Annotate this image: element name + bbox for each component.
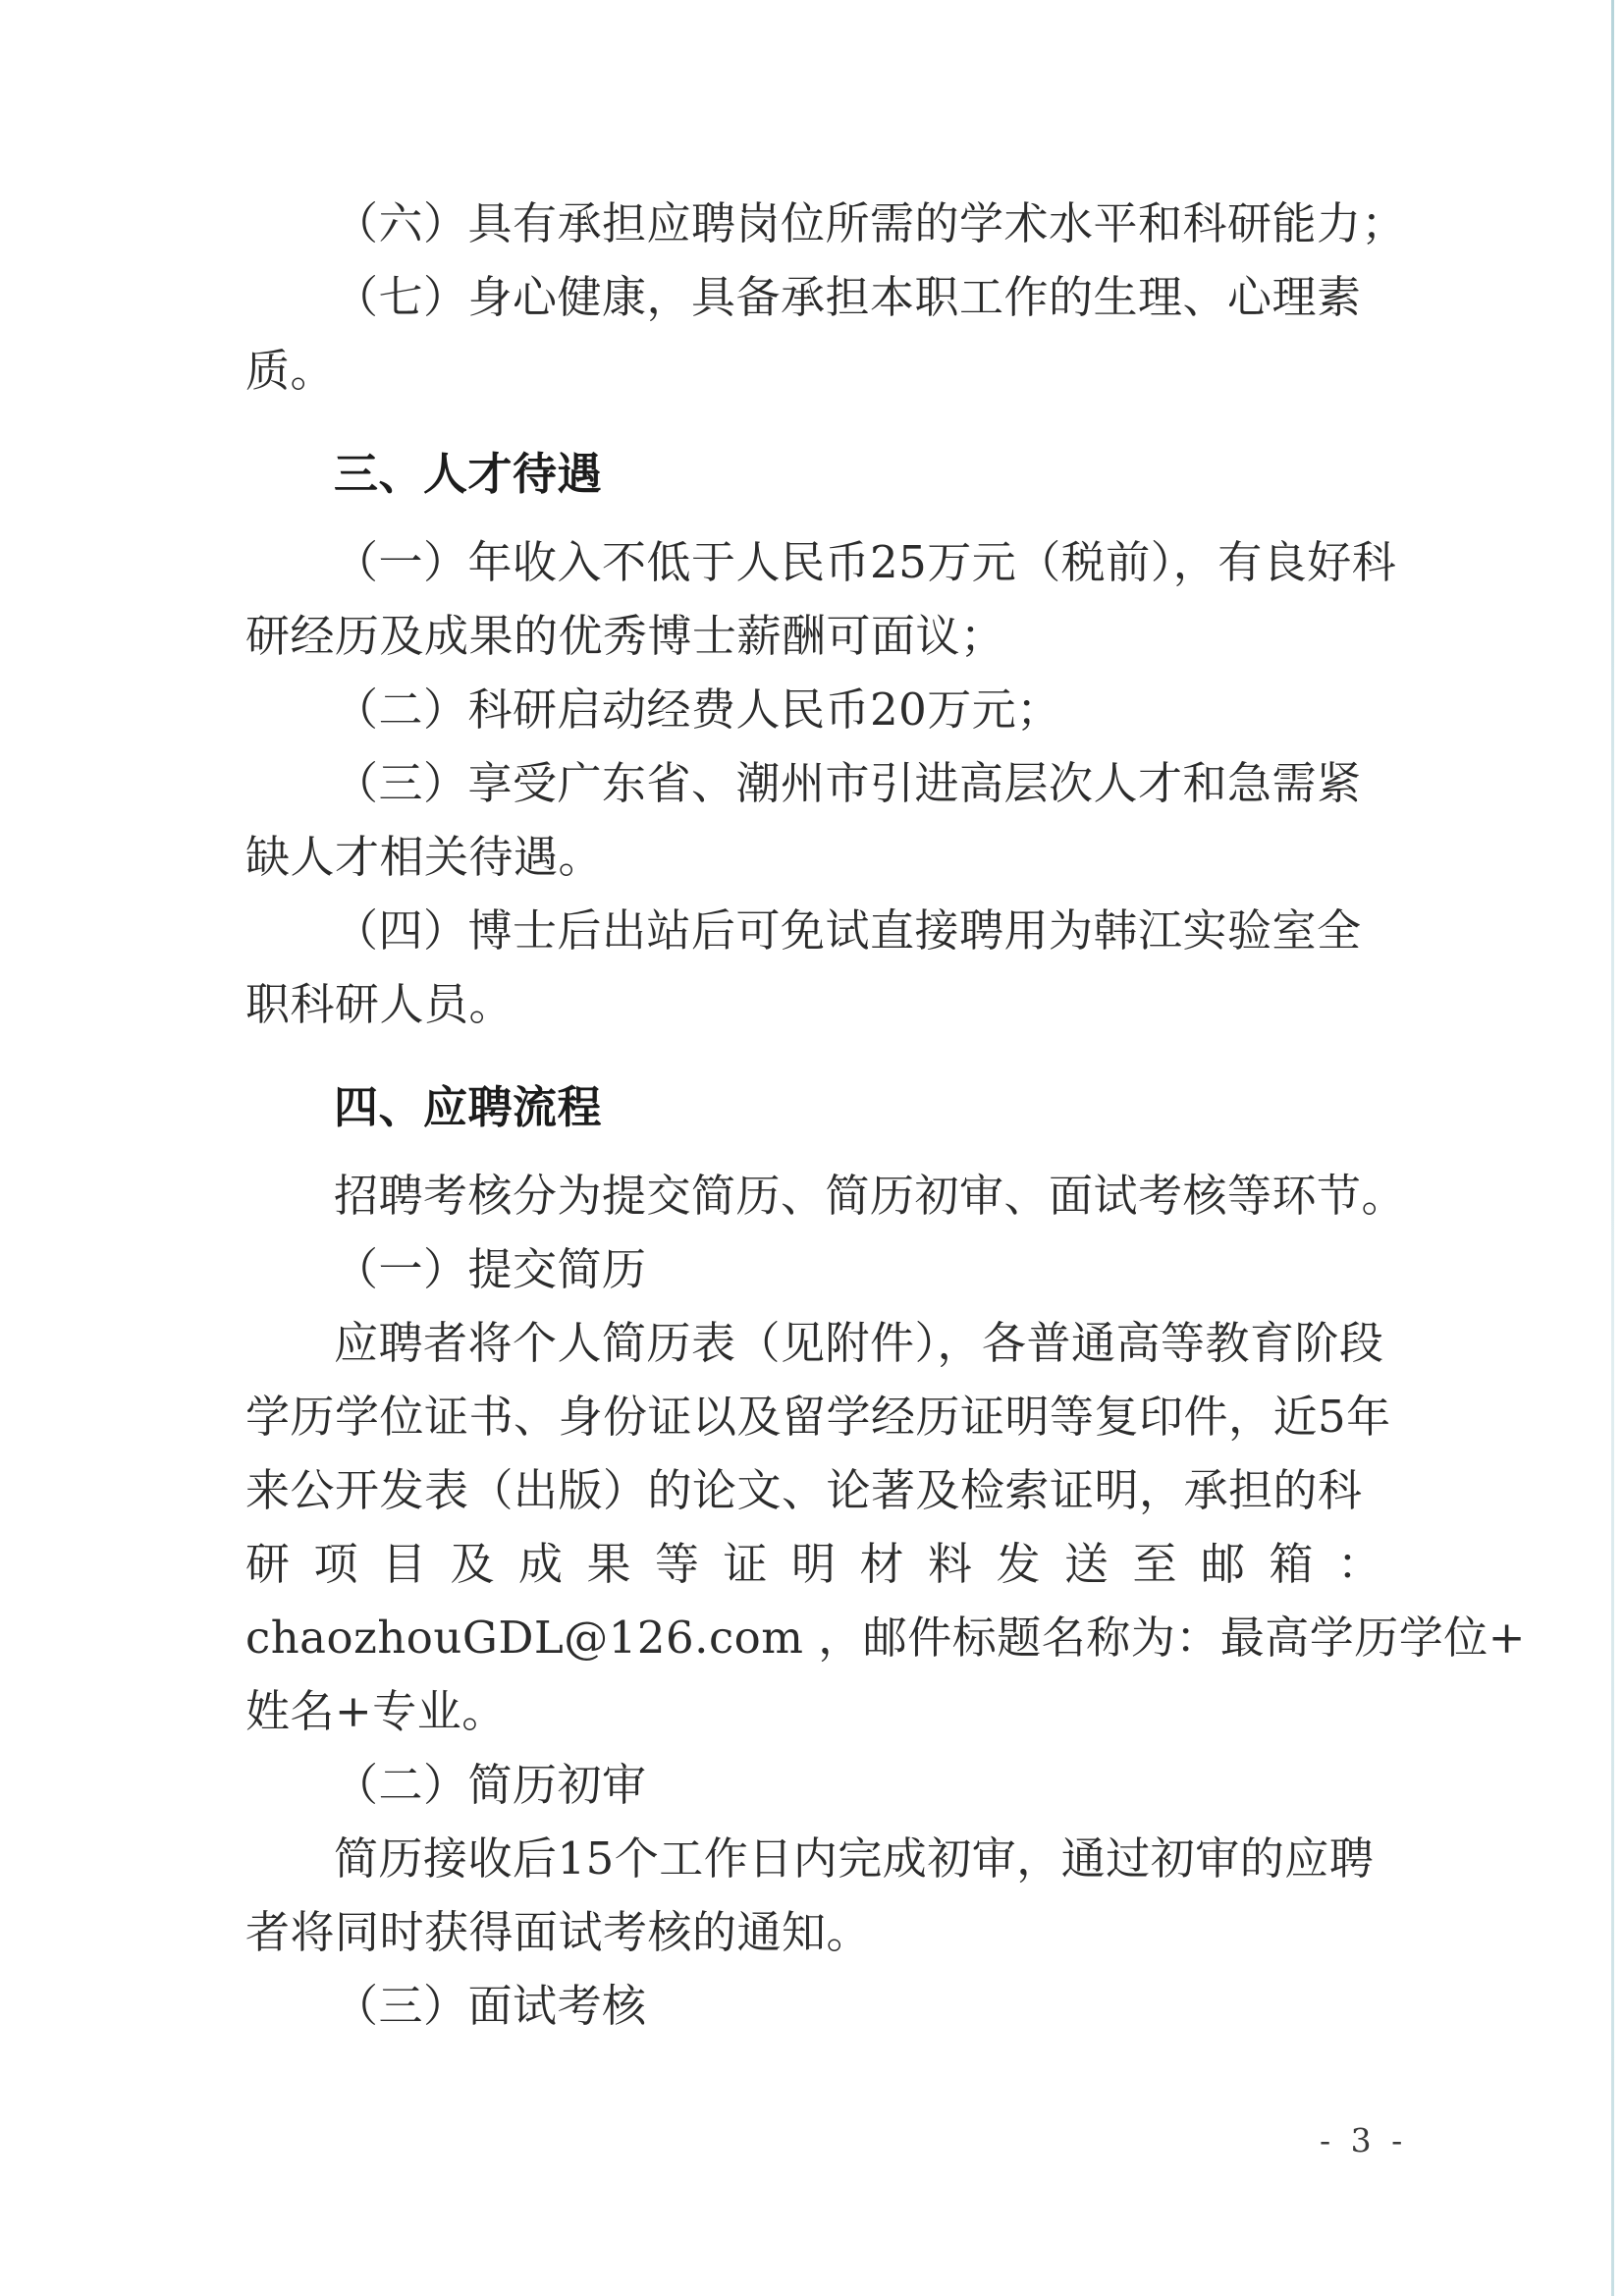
text-line: （一）提交简历: [245, 1232, 1400, 1306]
document-body: （六）具有承担应聘岗位所需的学术水平和科研能力； （七）身心健康，具备承担本职工…: [245, 187, 1400, 2043]
text-line: （三）享受广东省、潮州市引进高层次人才和急需紧: [245, 746, 1400, 820]
text-line: （六）具有承担应聘岗位所需的学术水平和科研能力；: [245, 187, 1400, 260]
section-heading-application-process: 四、应聘流程: [245, 1070, 1400, 1144]
text-line: 职科研人员。: [245, 967, 1400, 1041]
text-line: 应聘者将个人简历表（见附件），各普通高等教育阶段: [245, 1306, 1400, 1380]
text-line: 招聘考核分为提交简历、简历初审、面试考核等环节。: [245, 1159, 1400, 1232]
text-line: 者将同时获得面试考核的通知。: [245, 1895, 1400, 1969]
text-line: 学历学位证书、身份证以及留学经历证明等复印件，近5年: [245, 1380, 1400, 1453]
text-line: （一）年收入不低于人民币25万元（税前），有良好科: [245, 525, 1400, 599]
text-line: 来公开发表（出版）的论文、论著及检索证明，承担的科: [245, 1453, 1400, 1527]
text-line: 质。: [245, 334, 1400, 408]
page-number: - 3 -: [1320, 2121, 1407, 2159]
text-line: 姓名+专业。: [245, 1674, 1400, 1748]
document-page: （六）具有承担应聘岗位所需的学术水平和科研能力； （七）身心健康，具备承担本职工…: [0, 0, 1623, 2296]
section-heading-talent-benefits: 三、人才待遇: [245, 437, 1400, 511]
text-line: （四）博士后出站后可免试直接聘用为韩江实验室全: [245, 894, 1400, 967]
text-line: （三）面试考核: [245, 1969, 1400, 2043]
text-line: 研经历及成果的优秀博士薪酬可面议；: [245, 599, 1400, 673]
text-line-email: chaozhouGDL@126.com ，邮件标题名称为：最高学历学位+: [245, 1601, 1400, 1674]
text-line: 简历接收后15个工作日内完成初审，通过初审的应聘: [245, 1822, 1400, 1895]
text-line: （二）科研启动经费人民币20万元；: [245, 673, 1400, 746]
text-line: 缺人才相关待遇。: [245, 820, 1400, 894]
text-line: 研项目及成果等证明材料发送至邮箱：: [245, 1527, 1400, 1601]
text-line: （七）身心健康，具备承担本职工作的生理、心理素: [245, 260, 1400, 334]
scan-edge-artifact: [1611, 0, 1614, 2296]
text-line: （二）简历初审: [245, 1748, 1400, 1822]
